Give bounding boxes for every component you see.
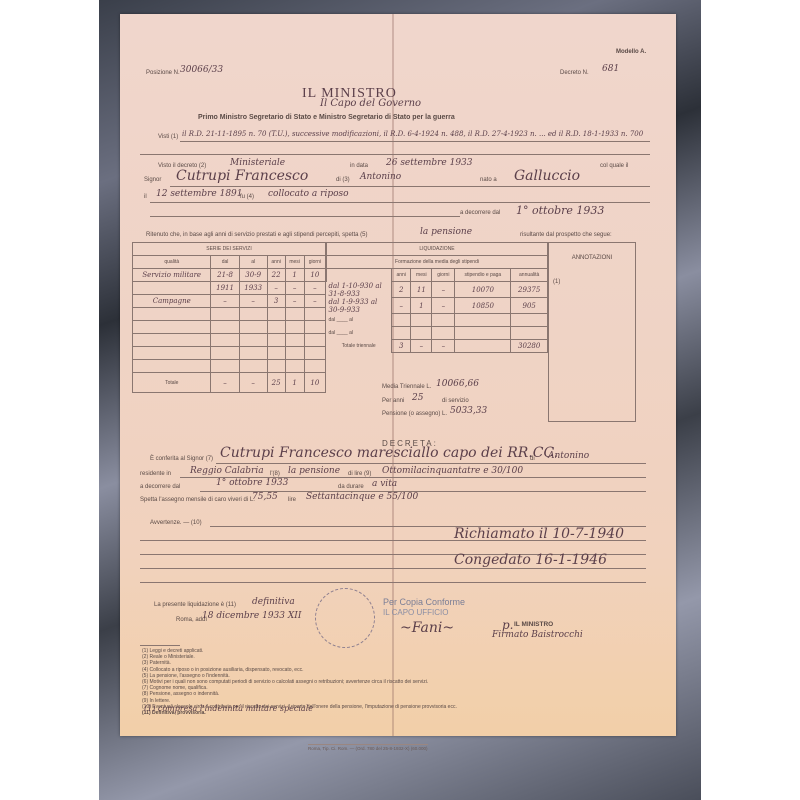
cell: 21-8 [211,269,239,282]
handwritten-footnote: (1) compresa l'indennità militare specia… [144,704,313,713]
cell: 905 [511,298,548,314]
il-value: 12 settembre 1891 [156,189,243,199]
cell: 1 [285,269,304,282]
rule [140,645,180,646]
nato-label: nato a [480,177,497,183]
ritenuto-text: Ritenuto che, in base agli anni di servi… [146,232,367,238]
annotation-richiamato: Richiamato il 10-7-1940 [454,526,624,542]
table-row: dal 1-10-930 al 31-8-933 211–1007029375 [327,282,548,298]
decreta-line2-mid-value: la pensione [288,466,340,476]
cell: – [239,373,267,393]
rule [180,141,650,142]
table-row [133,334,326,347]
posizione-value: 30066/33 [180,65,223,75]
col-giorni: giorni [432,269,455,282]
col-annualita: annualità [511,269,548,282]
cell: – [304,282,325,295]
liquidazione-value: definitiva [252,597,295,607]
cell: – [432,298,455,314]
visti-label: Visti (1) [158,134,178,140]
per-anni-value: 25 [412,393,423,403]
nato-value: Galluccio [514,168,580,184]
risultante-text: risultante dal prospetto che segue: [520,232,612,238]
liquidazione-header: LIQUIDAZIONE [327,243,548,256]
rule [140,154,650,155]
col-qualita: qualità [133,256,211,269]
roma-value: 18 dicembre 1933 XII [202,611,301,621]
signor-label: Signor [144,177,161,183]
cell: – [285,282,304,295]
cell: – [432,282,455,298]
pensione-value: 5033,33 [450,406,487,416]
ritenuto-value: la pensione [420,227,472,237]
decreta-line4-label: Spetta l'assegno mensile di caro viveri … [140,497,255,503]
cell: Servizio militare [133,269,211,282]
col-al: al [239,256,267,269]
pensione-label: Pensione (o assegno) L. [382,411,447,417]
cell: 30-9 [239,269,267,282]
official-stamp [315,588,375,648]
table-row: dal ____ al [327,314,548,327]
di-value: Antonino [360,172,401,182]
il-label: il [144,194,147,200]
cell: – [304,295,325,308]
cell: 10 [304,373,325,393]
decorrere-value: 1° ottobre 1933 [516,204,604,217]
per-anni-label: Per anni [382,398,404,404]
serie-header: SERIE DEI SERVIZI [133,243,326,256]
cell [133,282,211,295]
liquidazione-label: La presente liquidazione è (11) [154,602,236,608]
decreta-line1-di: di [530,456,535,462]
copia-conforme-stamp: Per Copia Conforme [383,597,465,607]
ministro-signature: Firmato Baistrocchi [492,630,583,640]
visti-value: il R.D. 21-11-1895 n. 70 (T.U.), success… [182,130,643,138]
cell: 2 [392,282,411,298]
cell: 30280 [511,340,548,353]
fu-value: collocato a riposo [268,189,349,199]
capo-ufficio-signature: ~Fani~ [400,620,454,636]
cell: 1 [411,298,432,314]
col-mesi: mesi [411,269,432,282]
cell: – [211,373,239,393]
rule [140,582,646,583]
decreta-line3-label: a decorrere dal [140,484,180,490]
period: dal ____ al [327,314,392,327]
table-row [133,321,326,334]
annotazioni-header: ANNOTAZIONI [549,255,635,261]
decreta-line1-value: Cutrupi Francesco maresciallo capo dei R… [220,445,558,461]
document-subtitle: Primo Ministro Segretario di Stato e Min… [198,114,455,121]
serie-servizi-table: SERIE DEI SERVIZI qualità dal al anni me… [132,242,326,393]
table-row: dal ____ al [327,327,548,340]
rule [216,463,646,464]
decreta-line4-lire-value: Settantacinque e 55/100 [306,492,418,502]
col-mesi: mesi [285,256,304,269]
cell: – [239,295,267,308]
rule [170,186,650,187]
table-row: Campagne––3–– [133,295,326,308]
decorrere-label: a decorrere dal [460,210,500,216]
period: dal ____ al [327,327,392,340]
decreta-line2-lire-value: Ottomilacinquantatre e 30/100 [382,466,523,476]
liquidazione-table: LIQUIDAZIONE Formazione della media degl… [326,242,548,353]
cell: 1933 [239,282,267,295]
visto-decreto-value: Ministeriale [230,158,285,168]
table-row: 19111933––– [133,282,326,295]
decreta-line3-durare-value: a vita [372,479,397,489]
ministro-label: IL MINISTRO [514,621,553,628]
decreto-label: Decreto N. [560,70,589,76]
decreta-line2-value: Reggio Calabria [190,466,264,476]
cell: Totale [133,373,211,393]
cell: – [432,340,455,353]
col-quale-label: col quale il [600,163,628,169]
table-row [133,360,326,373]
cell: 3 [392,340,411,353]
cell: – [411,340,432,353]
fold-crease [392,14,394,736]
printer-imprint: Roma, Tip. Ci. Rom. — (Ord. 780 del 25-8… [308,744,428,751]
col-stipendio: stipendio e paga [455,269,511,282]
media-label: Media Triennale L. [382,384,431,390]
totale-triennale-row: Totale triennale 3––30280 [327,340,548,353]
decreta-line1-di-value: Antonino [548,451,589,461]
annotation-congedato: Congedato 16-1-1946 [454,552,607,568]
decreta-line4-lire: lire [288,497,296,503]
col-giorni: giorni [304,256,325,269]
title-handwritten: Il Capo del Governo [320,98,421,109]
cell: 10 [304,269,325,282]
cell: 10070 [455,282,511,298]
decreto-value: 681 [602,64,619,74]
capo-ufficio-stamp: IL CAPO UFFICIO [383,608,449,617]
avvertenze-label: Avvertenze. — (10) [150,520,202,526]
table-row [133,308,326,321]
cell: – [211,295,239,308]
annotazioni-note: (1) [553,279,635,285]
table-row: dal 1-9-933 al 30-9-933 –1–10850905 [327,298,548,314]
cell: Campagne [133,295,211,308]
posizione-label: Posizione N. [146,70,180,76]
table-row: Servizio militare21-830-922110 [133,269,326,282]
fu-label: fu (4) [240,194,254,200]
cell: 3 [267,295,285,308]
signor-value: Cutrupi Francesco [176,168,308,184]
cell: 11 [411,282,432,298]
annotazioni-column: ANNOTAZIONI (1) [548,242,636,422]
rule [150,202,650,203]
cell: 1911 [211,282,239,295]
rule [140,568,646,569]
col-dal: dal [211,256,239,269]
table-row [133,347,326,360]
cell: 1 [285,373,304,393]
col-anni: anni [267,256,285,269]
cell: 22 [267,269,285,282]
rule [150,216,460,217]
cell: 29375 [511,282,548,298]
totale-row: Totale––25110 [133,373,326,393]
decreta-line1-label: È conferita al Signor (7) [150,456,213,462]
di-label: di (3) [336,177,350,183]
cell: – [285,295,304,308]
in-data-label: in data [350,163,368,169]
modello-label: Modello A. [616,49,646,55]
media-value: 10066,66 [436,379,479,389]
totale-triennale-label: Totale triennale [327,340,392,353]
pension-decree-document: Modello A. Posizione N. 30066/33 Decreto… [120,14,676,736]
period: dal 1-10-930 al 31-8-933 [327,282,392,298]
cell: 25 [267,373,285,393]
cell: – [267,282,285,295]
di-servizio: di servizio [442,398,469,404]
decreta-line2-label: residente in [140,471,171,477]
decreta-line3-durare: da durare [338,484,364,490]
formazione-header: Formazione della media degli stipendi [327,256,548,269]
period: dal 1-9-933 al 30-9-933 [327,298,392,314]
cell: – [392,298,411,314]
decreta-line3-value: 1° ottobre 1933 [216,478,288,488]
cell: 10850 [455,298,511,314]
in-data-value: 26 settembre 1933 [386,158,473,168]
decreta-line4-value: 75,55 [252,492,278,502]
col-anni: anni [392,269,411,282]
